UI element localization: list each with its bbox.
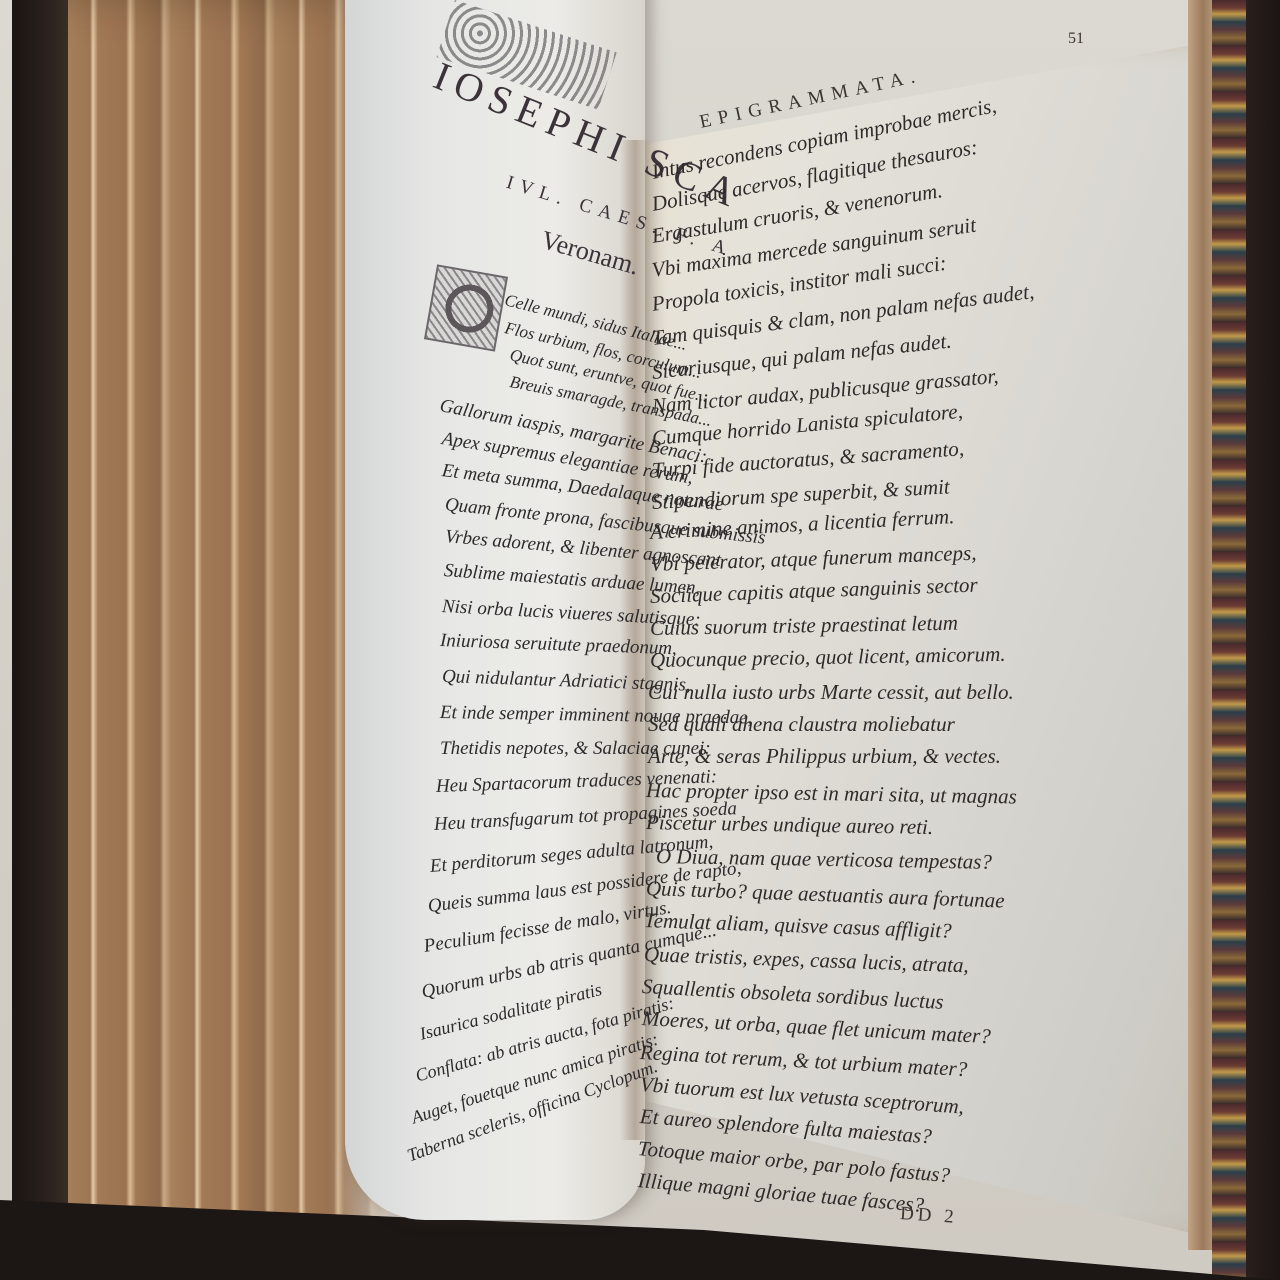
verse-line: Cui nulla iusto urbs Marte cessit, aut b… [648, 680, 1014, 705]
decorated-drop-cap-icon [424, 264, 508, 351]
signature-mark: DD 2 [899, 1203, 958, 1229]
book-cover-right [1246, 0, 1280, 1280]
verse-line: Arte, & seras Philippus urbium, & vectes… [648, 744, 1001, 769]
page-number: 51 [1068, 30, 1084, 48]
book-cover-left [12, 0, 70, 1280]
verse-line: Sed quali ahena claustra moliebatur [648, 712, 955, 737]
verse-line: Piscetur urbes undique aureo reti. [646, 810, 934, 840]
page-edges-left [68, 0, 388, 1280]
marbled-endpaper [1212, 0, 1248, 1280]
